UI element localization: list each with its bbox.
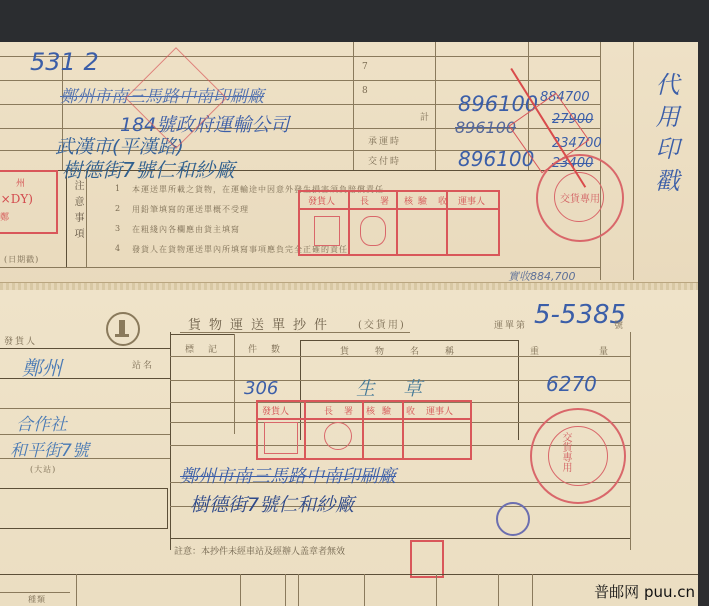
name-seal [324,422,352,450]
name-seal [264,422,298,454]
goods-name-value: 生草 [356,374,450,401]
upper-waybill-slip: 7 8 計 承運時 交付時 896100 896100 896100 88470… [0,42,698,287]
rule [0,348,170,349]
consignee-line: 合作社 [16,410,67,435]
remarks-line-struck: 鄭州市南三馬路中南印刷廠 [180,462,396,488]
seal-header: 運事人 [426,404,453,417]
pieces-value: 306 [244,378,278,399]
rule [633,42,634,280]
document-title: 貨物運送單抄件 [188,314,335,333]
rule [0,434,170,435]
rule [285,574,286,606]
name-seal [314,216,340,246]
stamp-text: 交貨專用 [558,432,573,472]
seal-header: 運事人 [458,194,485,207]
rule [0,488,168,489]
station-value: 鄭州 [22,352,62,381]
side-note: 代用印戳 [648,72,683,200]
rule [0,408,170,409]
date-stamp-label: (日期戳) [4,254,39,265]
seal-header: 發貨人 [262,404,289,417]
fee-amount-struck: 896100 [455,118,516,137]
rule [353,42,354,170]
seal-header: 核 [404,194,413,207]
blue-name-seal [496,502,530,536]
notice-text: 在粗綫內各欄應由貨主填寫 [132,224,240,235]
stamp-text: (×DY) [0,192,33,206]
rule [86,170,87,267]
rule [532,574,533,606]
fee-row-label: 8 [362,86,370,96]
scanner-background-right [697,40,709,606]
fee-row-label: 計 [420,110,431,123]
railway-logo-icon [106,312,140,346]
rule [0,80,600,81]
station-label: 站名 [132,358,154,371]
waybill-label: 運單第 [494,318,527,331]
round-receipt-stamp: 交貨專用 [530,408,626,504]
notice-num: 1 [115,184,121,193]
document-subtitle: (交貨用) [358,316,406,331]
stamp-text: 州 [16,176,25,189]
rule [364,574,365,606]
column-header-goods: 貨物名稱 [340,344,480,357]
rule [300,340,518,341]
fee-amount: 896100 [458,147,534,171]
address-line: 樹德街7號仁和紗廠 [62,154,235,183]
remarks-line: 樹德街7號仁和紗廠 [190,490,354,517]
rule [170,334,234,335]
rule [436,574,437,606]
rule [167,488,168,528]
seal-header: 驗 [418,194,427,207]
column-header-weight: 重量 [530,344,668,357]
rule [435,42,436,170]
square-official-seal [410,540,444,578]
seal-header: 長 [360,194,369,207]
column-header-marks: 標記 [185,342,231,355]
rule [0,528,168,529]
weight-value: 6270 [546,372,597,396]
notice-text: 用鉛筆填寫的運送單概不受理 [132,204,249,215]
inspection-seal-box: 發貨人 長 署 核 驗 收 運事人 [298,190,500,256]
category-label: 種類 [28,594,46,605]
fee-row-label: 交付時 [368,154,401,167]
rule [498,574,499,606]
address-label: (大站) [30,464,56,475]
rule [0,458,170,459]
rule [0,378,170,379]
notice-num: 4 [115,244,121,253]
lower-waybill-slip: 貨物運送單抄件 (交貨用) 運單第 5-5385 號 發貨人 鄭州 站名 合作社… [0,290,698,606]
scanner-background-top [0,0,709,42]
waybill-number: 5-5385 [534,300,626,330]
rule [170,538,630,539]
rule [0,592,70,593]
name-seal [360,216,386,246]
rule [180,332,410,333]
rule [66,170,67,267]
fee-row-label: 承運時 [368,134,401,147]
consignor-label: 發貨人 [4,334,37,347]
seal-header: 署 [380,194,389,207]
column-header-pieces: 件數 [248,342,294,355]
seal-header: 核 [366,404,375,417]
rule [170,332,171,550]
stamp-text: 鄭 [0,210,9,223]
waybill-suffix: 號 [614,318,625,331]
notice-num: 2 [115,204,121,213]
rule [234,334,235,434]
seal-header: 發貨人 [308,194,335,207]
station-date-stamp: 州 (×DY) 鄭 [0,170,58,234]
seal-header: 長 [324,404,333,417]
watermark: 普邮网 puu.cn [594,581,695,602]
notice-num: 3 [115,224,121,233]
seal-header: 驗 [382,404,391,417]
rule [76,574,77,606]
seal-header: 收 [406,404,415,417]
fee-row-label: 7 [362,62,370,72]
footer-note: 註意：本抄件未經車站及經辦人盖章者無效 [174,544,345,557]
rule [630,332,631,550]
stamp-text: 交貨專用 [560,190,600,205]
rule [0,574,698,575]
inspection-seal-box: 發貨人 長 署 核 驗 收 運事人 [256,400,472,460]
rule [240,574,241,606]
notice-header: 注意事項 [70,180,85,244]
serial-handwritten: 531 2 [30,48,99,76]
seal-header: 署 [344,404,353,417]
rule [518,340,519,440]
rule [298,574,299,606]
